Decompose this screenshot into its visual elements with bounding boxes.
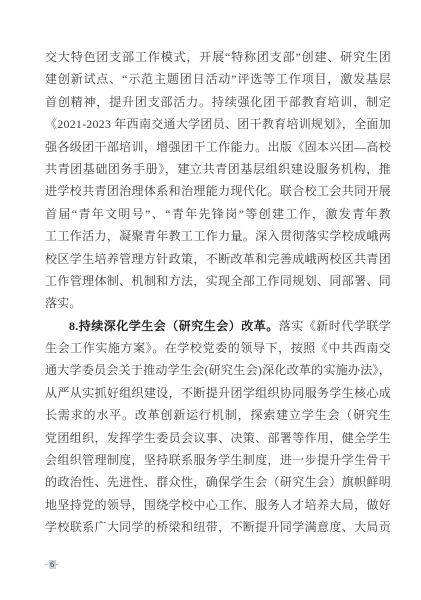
body-segment: 党团组织，发挥学生委员会议事、决策、部署等作用，健全学生 [45,431,391,445]
body-segment: 建创新试点、“示范主题团日活动”评选等工作项目，激发基层 [45,72,391,86]
document-page: 交大特色团支部工作模式，开展“特称团支部”创建、研究生团建创新试点、“示范主题团… [0,0,421,600]
body-segment: 会组织管理制度，坚持联系服务学生制度，进一步提升学生骨干 [45,453,391,467]
body-segment: 生会工作实施方案》。在学校党委的领导下，按照《中共西南交 [45,341,391,355]
body-segment: 校区学生培养管理方针政策，不断改革和完善成峨两校区共青团 [45,252,391,266]
text-line: 首届“青年文明号”、“青年先锋岗”等创建工作，激发青年教 [45,203,391,225]
body-segment: 通大学委员会关于推动学生会(研究生会)深化改革的实施办法》， [45,363,391,377]
body-segment: 《2021-2023 年西南交通大学团员、团干教育培训规划》，全面加 [45,117,391,131]
body-segment: 强各级团干部培训，增强团干工作能力。出版《固本兴团—高校 [45,140,391,154]
page-number-suffix: - [56,560,60,569]
text-line: 共青团基础团务手册》，建立共青团基层组织建设服务机构，推 [45,158,391,180]
body-segment: 落实《新时代学联学 [279,319,391,333]
text-line: 工作管理体制、机制和方法，实现全部工作同规划、同部署、同 [45,270,391,292]
heading-segment: 8.持续深化学生会（研究生会）改革。 [69,319,279,333]
text-line: 党团组织，发挥学生委员会议事、决策、部署等作用，健全学生 [45,427,391,449]
body-segment: 工作管理体制、机制和方法，实现全部工作同规划、同部署、同 [45,274,391,288]
text-block: 交大特色团支部工作模式，开展“特称团支部”创建、研究生团建创新试点、“示范主题团… [45,46,391,539]
text-line: 建创新试点、“示范主题团日活动”评选等工作项目，激发基层 [45,68,391,90]
body-segment: 首创精神，提升团支部活力。持续强化团干部教育培训，制定 [45,95,391,109]
body-segment: 的政治性、先进性、群众性，确保学生会（研究生会）旗帜鲜明 [45,475,391,489]
body-segment: 首届“青年文明号”、“青年先锋岗”等创建工作，激发青年教 [45,207,391,221]
page-number-field: 6 [49,560,56,569]
text-line: 强各级团干部培训，增强团干工作能力。出版《固本兴团—高校 [45,136,391,158]
text-line: 首创精神，提升团支部活力。持续强化团干部教育培训，制定 [45,91,391,113]
text-line: 会组织管理制度，坚持联系服务学生制度，进一步提升学生骨干 [45,449,391,471]
body-segment: 从严从实抓好组织建设，不断提升团学组织协同服务学生核心成 [45,386,391,400]
text-line: 学校联系广大同学的桥梁和纽带，不断提升同学满意度、大局贡 [45,516,391,538]
text-line: 长需求的水平。改革创新运行机制，探索建立学生会（研究生会） [45,404,391,426]
body-segment: 进学校共青团治理体系和治理能力现代化。联合校工会共同开展 [45,184,391,198]
body-segment: 地坚持党的领导，围绕学校中心工作、服务人才培养大局，做好 [45,498,391,512]
text-line: 落实。 [45,292,391,314]
body-segment: 交大特色团支部工作模式，开展“特称团支部”创建、研究生团 [45,50,391,64]
page-number: -6- [45,560,59,570]
text-line: 从严从实抓好组织建设，不断提升团学组织协同服务学生核心成 [45,382,391,404]
body-segment: 工工作活力，凝聚青年教工工作力量。深入贯彻落实学校成峨两 [45,229,391,243]
body-segment: 学校联系广大同学的桥梁和纽带，不断提升同学满意度、大局贡 [45,520,391,534]
body-segment: 共青团基础团务手册》，建立共青团基层组织建设服务机构，推 [45,162,391,176]
text-line: 的政治性、先进性、群众性，确保学生会（研究生会）旗帜鲜明 [45,471,391,493]
text-line: 《2021-2023 年西南交通大学团员、团干教育培训规划》，全面加 [45,113,391,135]
text-line: 8.持续深化学生会（研究生会）改革。落实《新时代学联学 [45,315,391,337]
text-line: 校区学生培养管理方针政策，不断改革和完善成峨两校区共青团 [45,248,391,270]
body-segment: 长需求的水平。改革创新运行机制，探索建立学生会（研究生会） [45,408,391,426]
text-line: 地坚持党的领导，围绕学校中心工作、服务人才培养大局，做好 [45,494,391,516]
body-segment: 落实。 [45,296,82,310]
text-line: 工工作活力，凝聚青年教工工作力量。深入贯彻落实学校成峨两 [45,225,391,247]
text-line: 进学校共青团治理体系和治理能力现代化。联合校工会共同开展 [45,180,391,202]
text-line: 生会工作实施方案》。在学校党委的领导下，按照《中共西南交 [45,337,391,359]
text-line: 交大特色团支部工作模式，开展“特称团支部”创建、研究生团 [45,46,391,68]
text-line: 通大学委员会关于推动学生会(研究生会)深化改革的实施办法》， [45,359,391,381]
